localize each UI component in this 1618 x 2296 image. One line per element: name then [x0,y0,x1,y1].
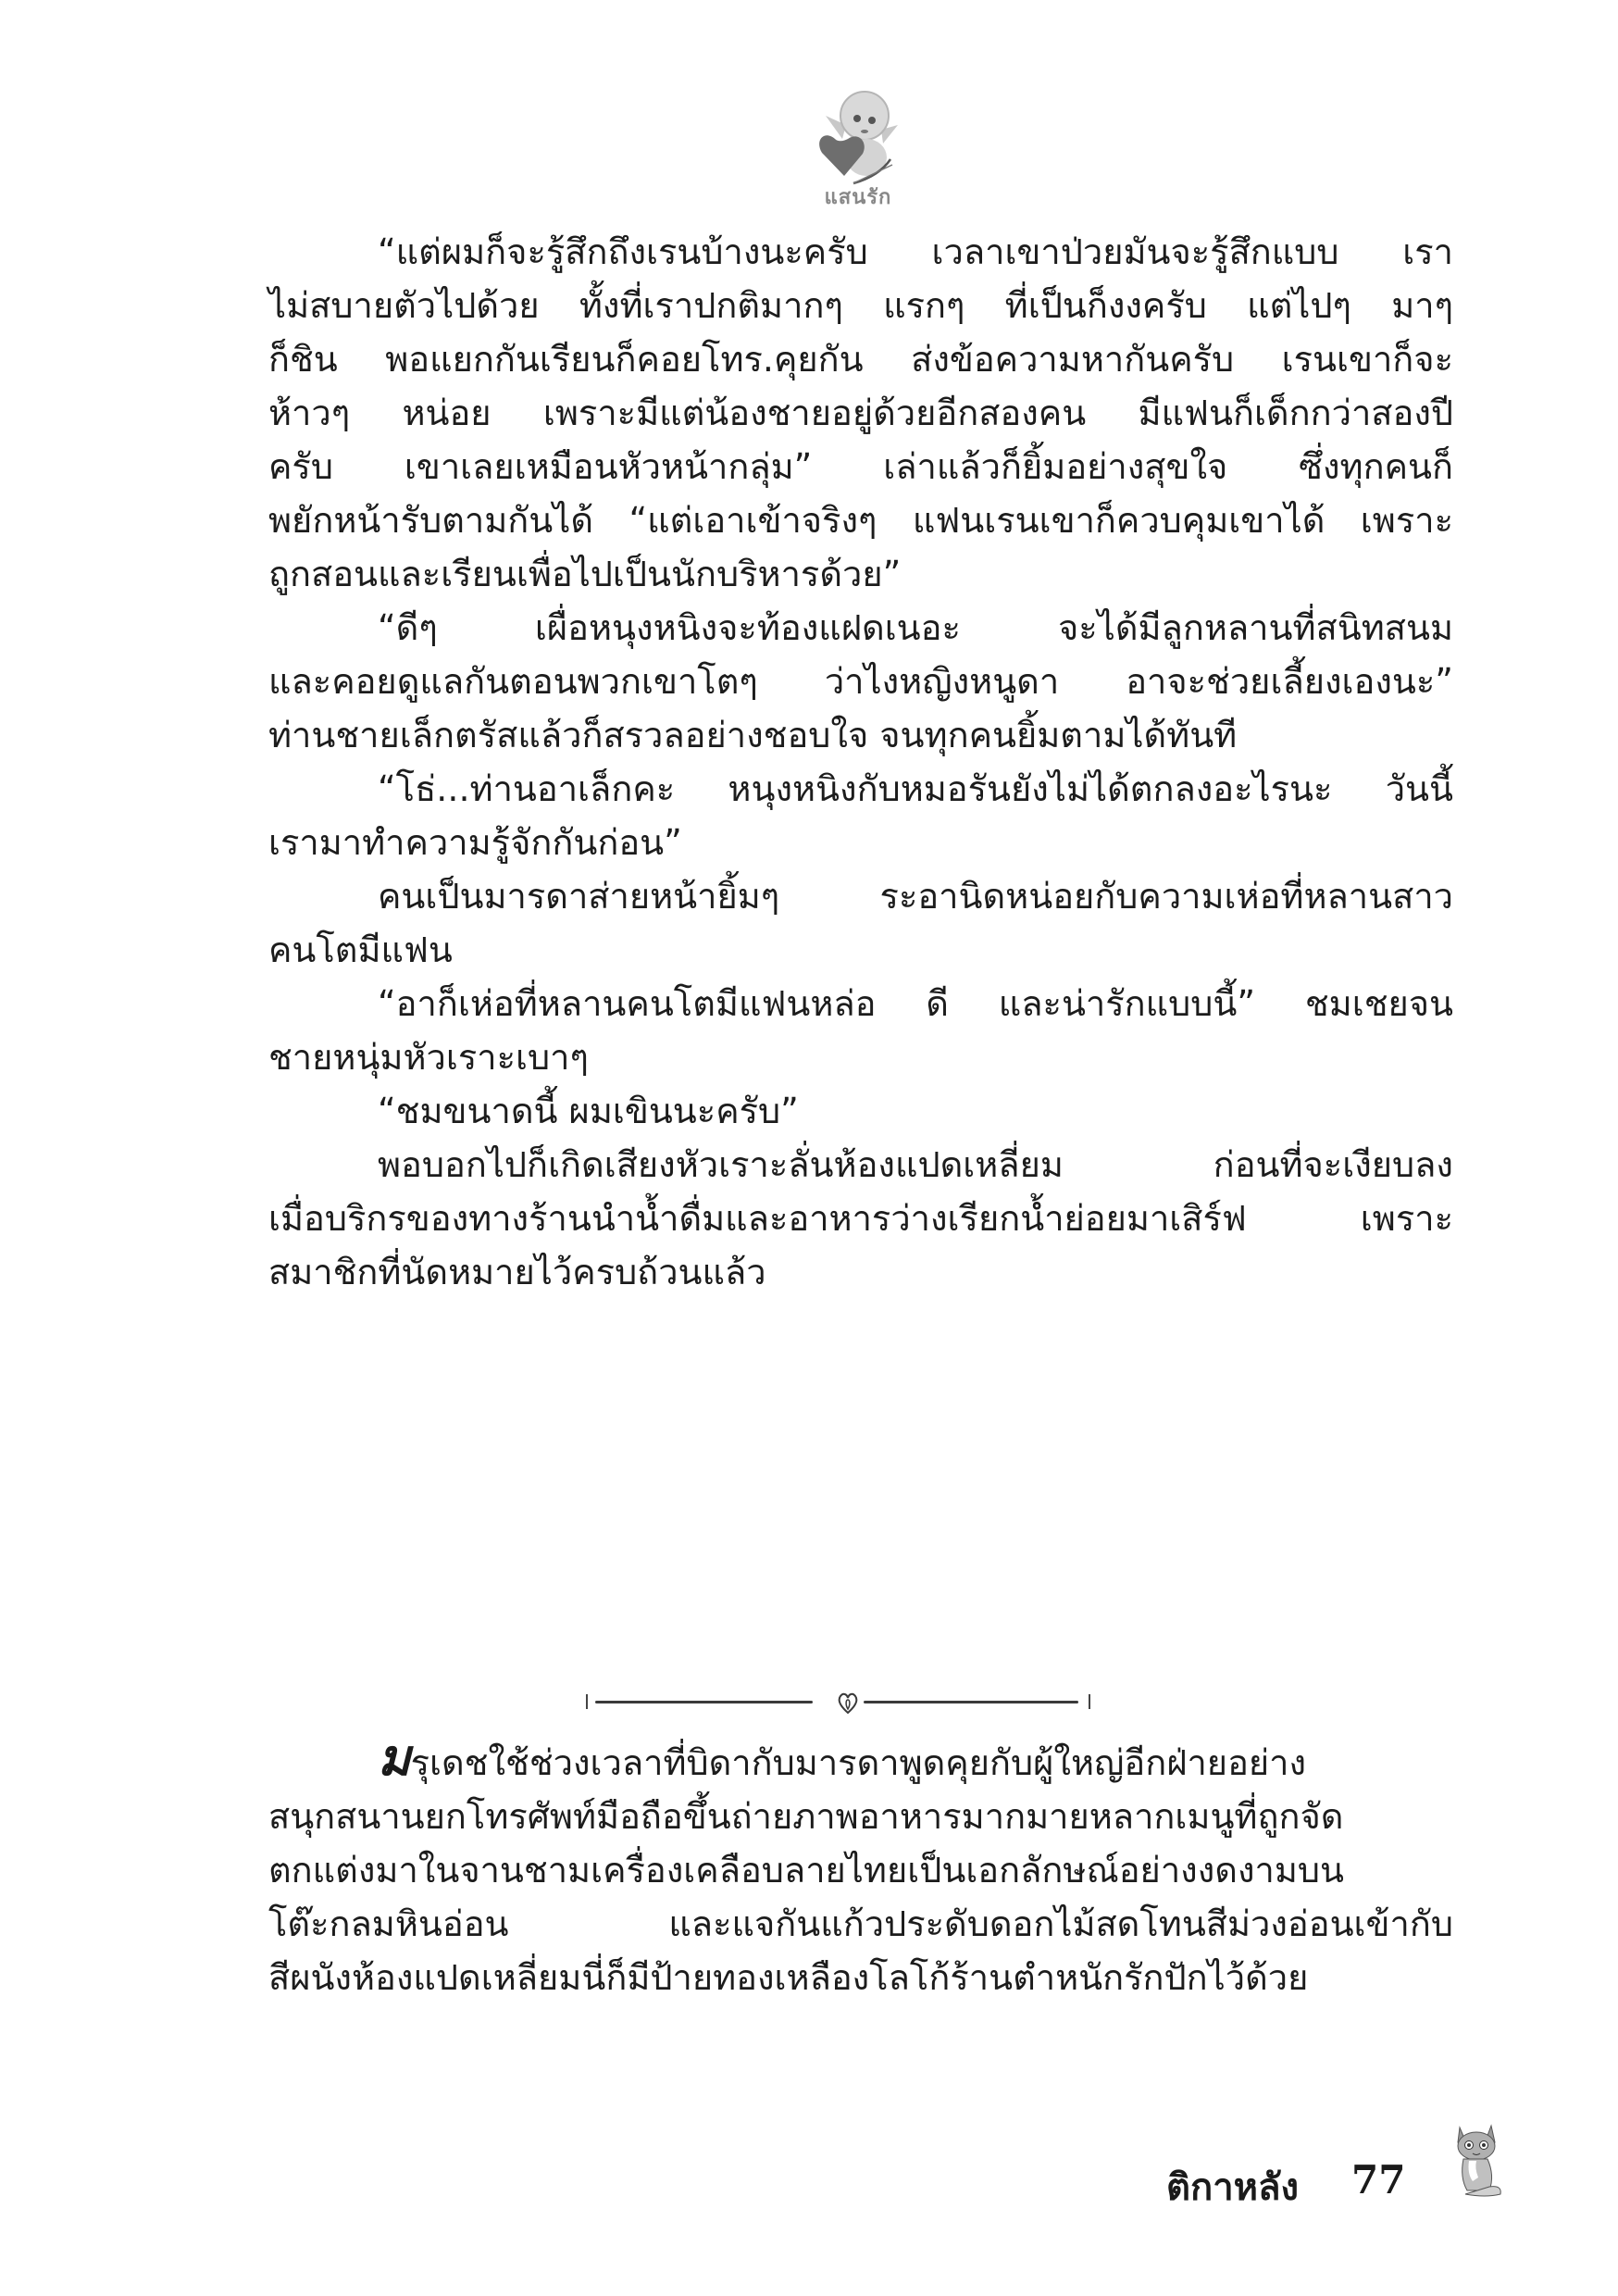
text-line: มรุเดชใช้ช่วงเวลาที่บิดากับมารดาพูดคุยกั… [268,1731,1453,1790]
text-line: สีผนังห้องแปดเหลี่ยมนี่ก็มีป้ายทองเหลือง… [268,1951,1453,2004]
text-line: โต๊ะกลมหินอ่อน และแจกันแก้วประดับดอกไม้ส… [268,1897,1453,1951]
text-line: สนุกสนานยกโทรศัพท์มือถือขึ้นถ่ายภาพอาหาร… [268,1790,1453,1843]
section-divider [586,1691,1132,1713]
paragraph: “แต่ผมก็จะรู้สึกถึงเรนบ้างนะครับ เวลาเขา… [268,225,1453,601]
text-line: คนโตมีแฟน [268,923,1453,977]
paragraph: “ชมขนาดนี้ ผมเขินนะครับ” [268,1084,1453,1138]
text-line: ชายหนุ่มหัวเราะเบาๆ [268,1030,1453,1084]
text-line: พยักหน้ารับตามกันได้ “แต่เอาเข้าจริงๆ แฟ… [268,493,1453,547]
text-line: เรามาทำความรู้จักกันก่อน” [268,816,1453,869]
heart-ornament-icon [836,1691,860,1715]
text-line: “แต่ผมก็จะรู้สึกถึงเรนบ้างนะครับ เวลาเขา… [268,225,1453,279]
page-number: 77 [1351,2157,1405,2202]
text-line: “ดีๆ เผื่อหนุงหนิงจะท้องแฝดเนอะ จะได้มีล… [268,601,1453,655]
text-line: ตกแต่งมาในจานชามเครื่องเคลือบลายไทยเป็นเ… [268,1843,1453,1897]
body-text-section-1: “แต่ผมก็จะรู้สึกถึงเรนบ้างนะครับ เวลาเขา… [268,225,1453,1299]
book-title: ติกาหลัง [1166,2157,1299,2216]
text-line: เมื่อบริกรของทางร้านนำน้ำดื่มและอาหารว่า… [268,1192,1453,1245]
paragraph: มรุเดชใช้ช่วงเวลาที่บิดากับมารดาพูดคุยกั… [268,1731,1453,2004]
text-line: คนเป็นมารดาส่ายหน้ายิ้มๆ ระอานิดหน่อยกับ… [268,869,1453,923]
book-page: แสนรัก “แต่ผมก็จะรู้สึกถึงเรนบ้างนะครับ … [0,0,1618,2296]
text-line: ห้าวๆ หน่อย เพราะมีแต่น้องชายอยู่ด้วยอีก… [268,386,1453,440]
divider-tick-right [1089,1694,1090,1709]
divider-tick-left [586,1694,588,1709]
text-line: “ชมขนาดนี้ ผมเขินนะครับ” [268,1084,1453,1138]
kitten-icon [1449,2120,1504,2199]
paragraph: “โธ่...ท่านอาเล็กคะ หนุงหนิงกับหมอรันยัง… [268,762,1453,869]
page-footer: ติกาหลัง 77 [1157,2120,1527,2222]
paragraph: คนเป็นมารดาส่ายหน้ายิ้มๆ ระอานิดหน่อยกับ… [268,869,1453,977]
text-line: สมาชิกที่นัดหมายไว้ครบถ้วนแล้ว [268,1245,1453,1299]
text-line: “โธ่...ท่านอาเล็กคะ หนุงหนิงกับหมอรันยัง… [268,762,1453,816]
divider-line-left [595,1701,813,1703]
paragraph: พอบอกไปก็เกิดเสียงหัวเราะลั่นห้องแปดเหลี… [268,1138,1453,1299]
text-line-rest: รุเดชใช้ช่วงเวลาที่บิดากับมารดาพูดคุยกับ… [411,1742,1306,1783]
body-text-section-2: มรุเดชใช้ช่วงเวลาที่บิดากับมารดาพูดคุยกั… [268,1731,1453,2004]
text-line: ท่านชายเล็กตรัสแล้วก็สรวลอย่างชอบใจ จนทุ… [268,708,1453,762]
text-line: ไม่สบายตัวไปด้วย ทั้งที่เราปกติมากๆ แรกๆ… [268,279,1453,332]
paragraph: “อาก็เห่อที่หลานคนโตมีแฟนหล่อ ดี และน่าร… [268,977,1453,1084]
text-line: พอบอกไปก็เกิดเสียงหัวเราะลั่นห้องแปดเหลี… [268,1138,1453,1192]
paragraph: “ดีๆ เผื่อหนุงหนิงจะท้องแฝดเนอะ จะได้มีล… [268,601,1453,762]
text-line: ถูกสอนและเรียนเพื่อไปเป็นนักบริหารด้วย” [268,547,1453,601]
text-line: ครับ เขาเลยเหมือนหัวหน้ากลุ่ม” เล่าแล้วก… [268,440,1453,493]
text-line: ก็ชิน พอแยกกันเรียนก็คอยโทร.คุยกัน ส่งข้… [268,332,1453,386]
logo-text: แสนรัก [807,181,909,213]
divider-line-right [864,1701,1078,1703]
header-logo: แสนรัก [807,74,909,213]
text-line: และคอยดูแลกันตอนพวกเขาโตๆ ว่าไงหญิงหนูดา… [268,655,1453,708]
drop-cap: ม [378,1728,411,1787]
text-line: “อาก็เห่อที่หลานคนโตมีแฟนหล่อ ดี และน่าร… [268,977,1453,1030]
